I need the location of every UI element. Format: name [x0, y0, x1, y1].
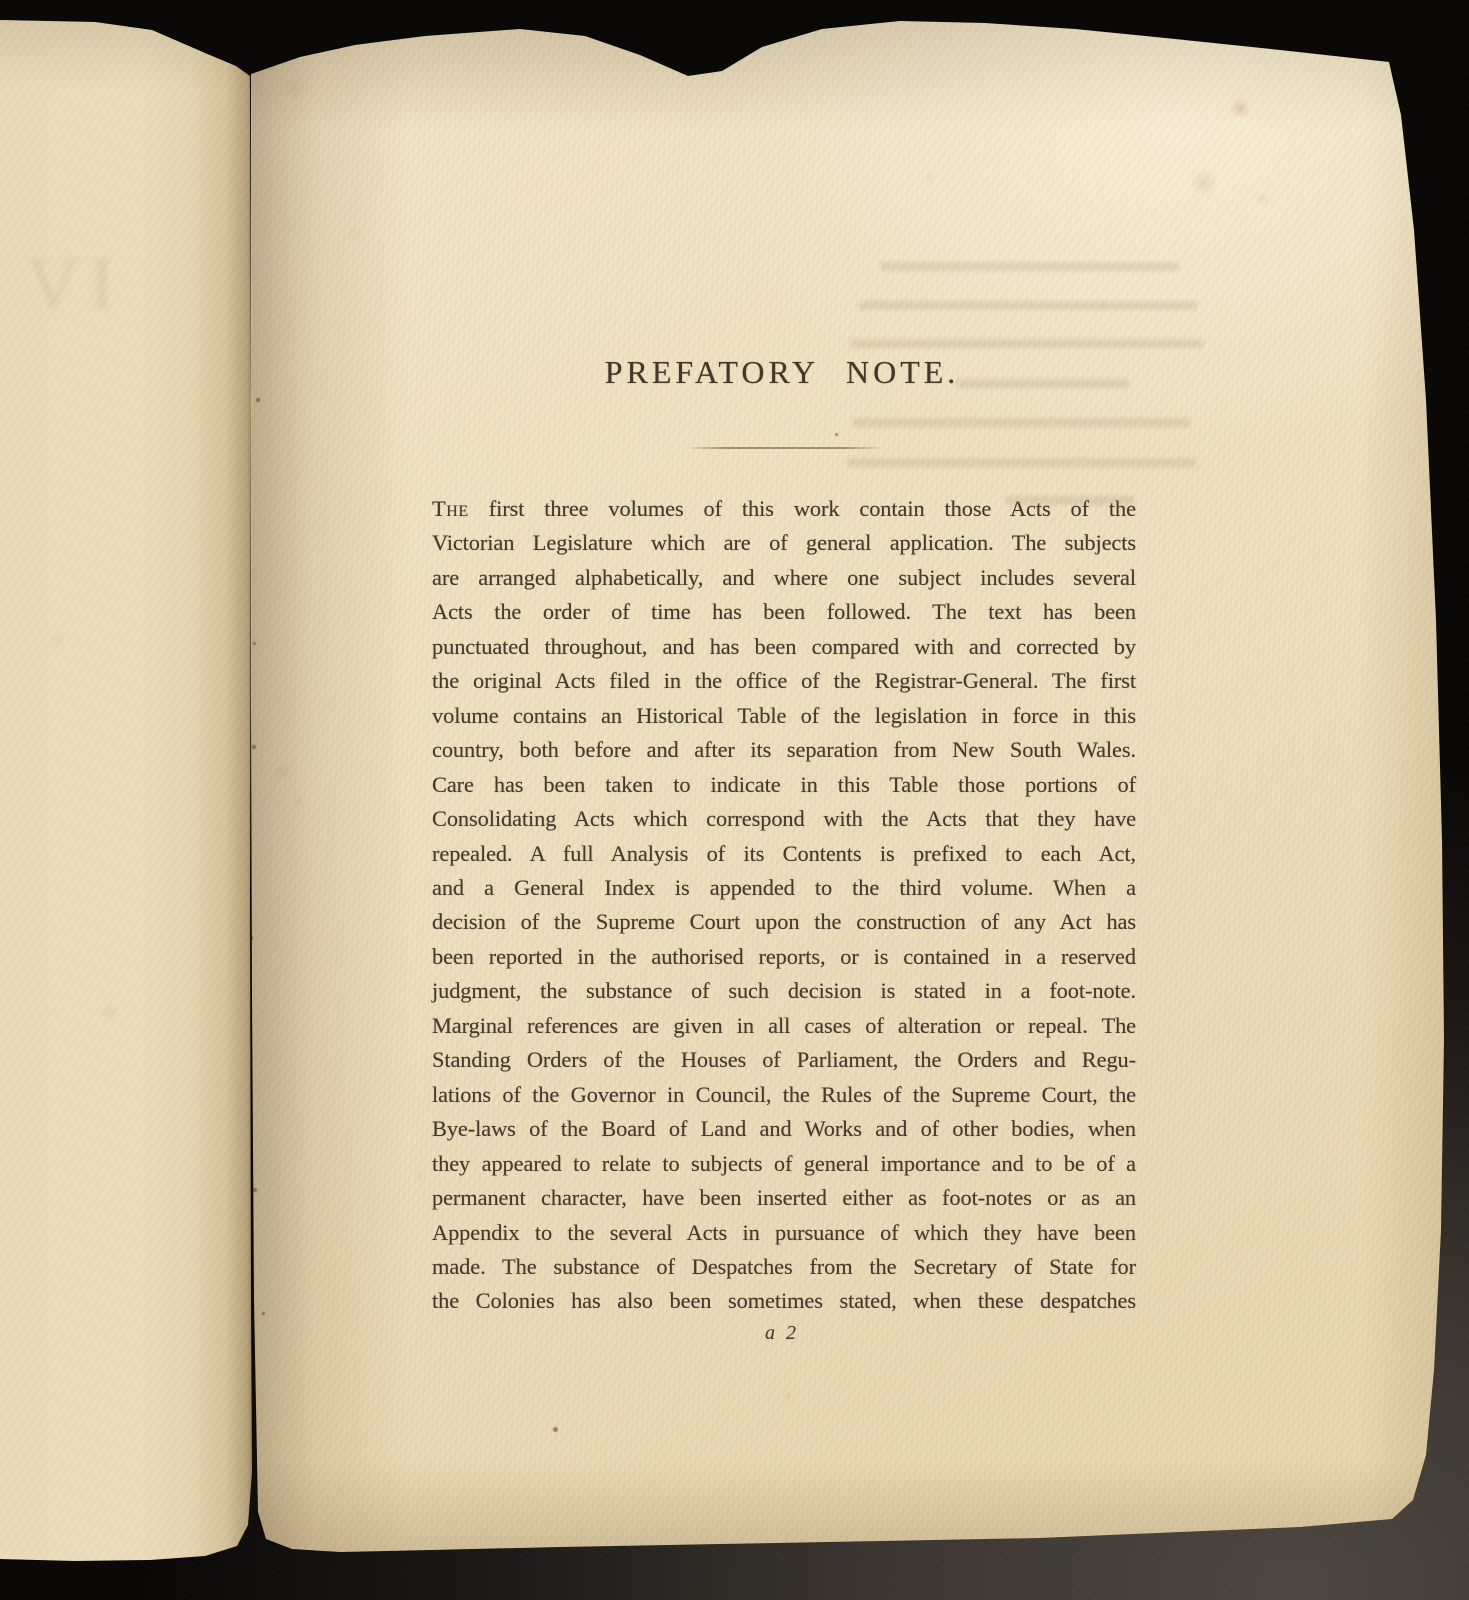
text-line: are arranged alphabetically, and where o… [432, 561, 1136, 595]
text-line: Consolidating Acts which correspond with… [432, 802, 1136, 836]
text-line: Standing Orders of the Houses of Parliam… [432, 1043, 1136, 1077]
text-line: the Colonies has also been sometimes sta… [432, 1284, 1136, 1318]
text-line: Appendix to the several Acts in pursuanc… [432, 1216, 1136, 1250]
text-line: country, both before and after its separ… [432, 733, 1136, 767]
text-line: Acts the order of time has been followed… [432, 595, 1136, 629]
page-title: PREFATORY NOTE. [428, 354, 1136, 391]
text-line: they appeared to relate to subjects of g… [432, 1147, 1136, 1181]
first-line-text: first three volumes of this work contain… [489, 496, 1136, 521]
text-line: the original Acts filed in the office of… [432, 664, 1136, 698]
text-line: Marginal references are given in all cas… [432, 1009, 1136, 1043]
text-line: permanent character, have been inserted … [432, 1181, 1136, 1215]
text-line: repealed. A full Analysis of its Content… [432, 837, 1136, 871]
text-line: volume contains an Historical Table of t… [432, 699, 1136, 733]
text-line: Care has been taken to indicate in this … [432, 768, 1136, 802]
book-photograph: VI PREFATORY NOTE. The first three volum… [0, 0, 1469, 1600]
text-line: made. The substance of Despatches from t… [432, 1250, 1136, 1284]
left-page-showthrough-numeral: VI [26, 242, 124, 327]
foxing-spot [101, 1003, 119, 1021]
text-line: and a General Index is appended to the t… [432, 871, 1136, 905]
lead-word: The [432, 496, 469, 521]
foxing-spot [51, 633, 65, 647]
text-line: Victorian Legislature which are of gener… [432, 526, 1136, 560]
text-line: punctuated throughout, and has been comp… [432, 630, 1136, 664]
signature-mark: a 2 [428, 1322, 1136, 1345]
text-line: Bye-laws of the Board of Land and Works … [432, 1112, 1136, 1146]
text-line: The first three volumes of this work con… [432, 492, 1136, 526]
text-line: judgment, the substance of such decision… [432, 974, 1136, 1008]
text-line: lations of the Governor in Council, the … [432, 1078, 1136, 1112]
body-text: The first three volumes of this work con… [432, 492, 1136, 1319]
text-lines: Victorian Legislature which are of gener… [432, 526, 1136, 1318]
title-divider-rule [690, 447, 879, 449]
text-line: decision of the Supreme Court upon the c… [432, 905, 1136, 939]
text-line: been reported in the authorised reports,… [432, 940, 1136, 974]
